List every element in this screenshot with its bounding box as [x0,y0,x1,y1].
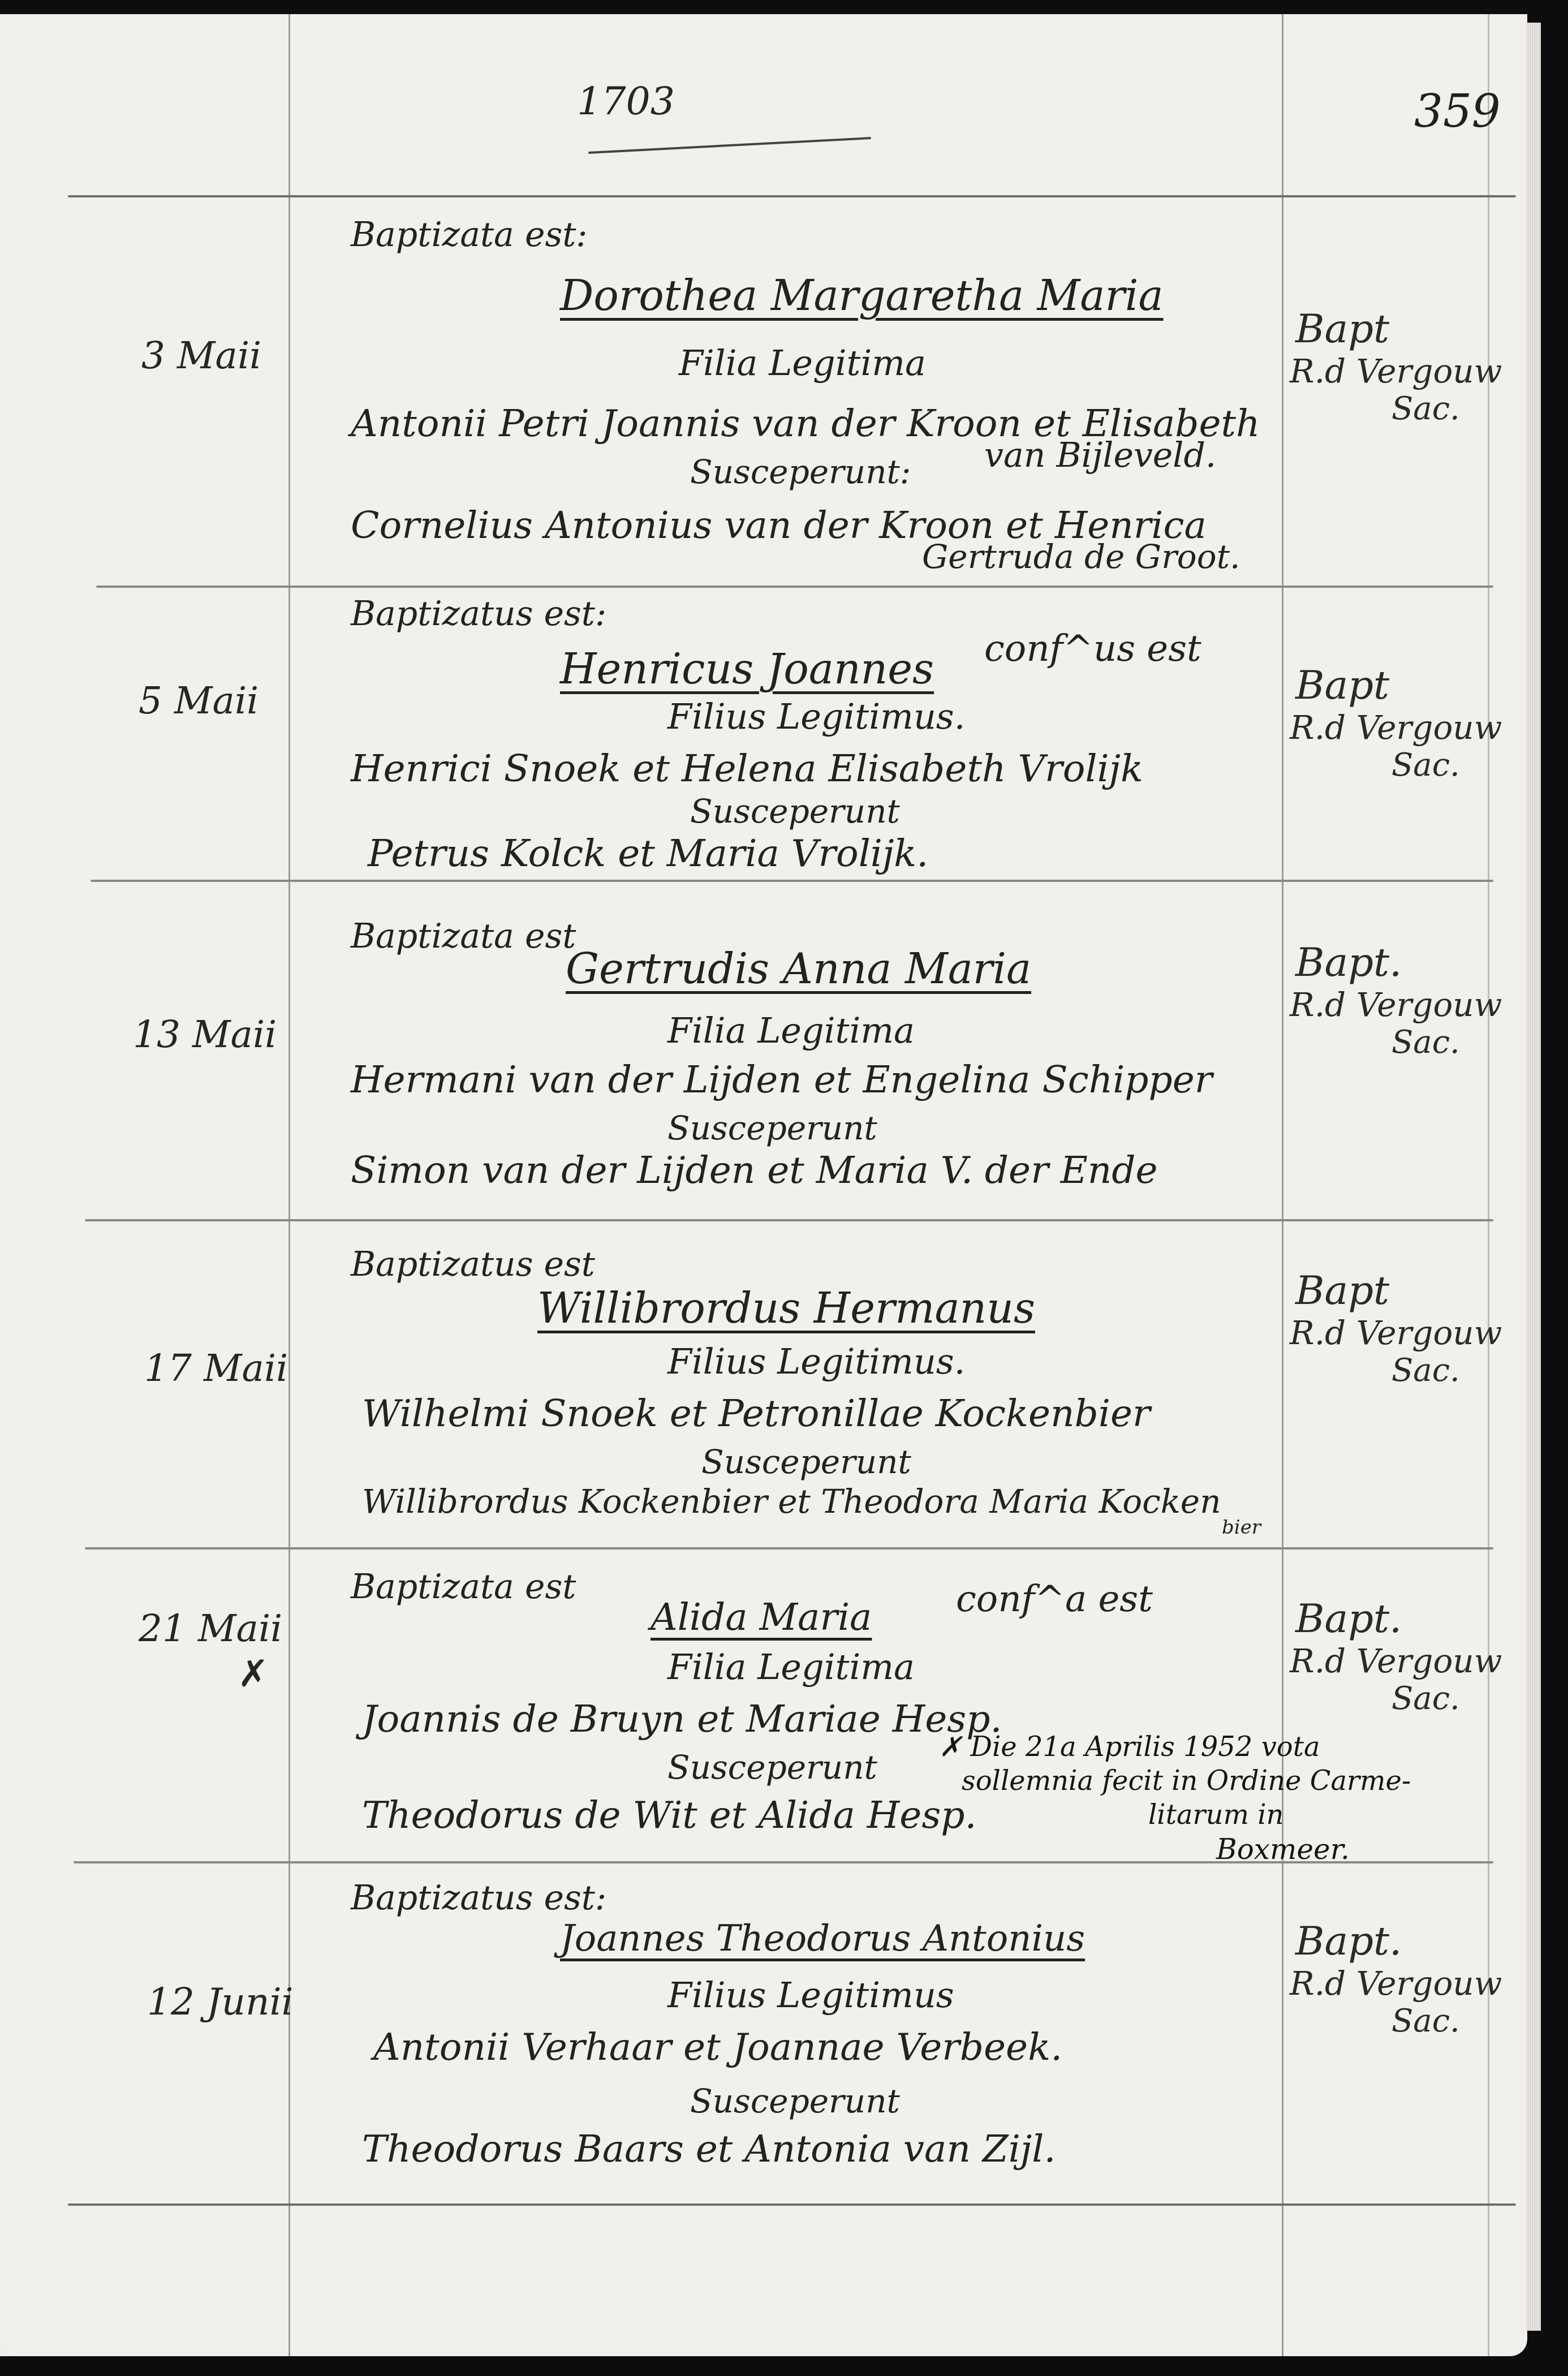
entry-date: 12 Junii [147,1980,294,2024]
officiant-title: Sac. [1392,747,1502,784]
entry-heading: Baptizata est: [351,215,588,255]
entry-date: 21 Maii [139,1607,282,1650]
officiant-name: R.d Vergouw [1290,352,1502,390]
officiant-title: Sac. [1392,390,1502,427]
officiant-bapt: Bapt. [1295,939,1502,985]
officiant: Bapt R.d Vergouw Sac. [1295,662,1502,784]
register-year: 1703 [577,79,675,124]
legitimacy: Filius Legitimus. [667,696,965,737]
parents-cont: van Bijleveld. [984,436,1216,475]
officiant-bapt: Bapt. [1295,1595,1502,1642]
parents: Joannis de Bruyn et Mariae Hesp. [362,1697,1002,1741]
officiant-bapt: Bapt [1295,1267,1502,1314]
entry-heading: Baptizatus est: [351,594,606,634]
row-divider [68,195,1516,197]
officiant-title: Sac. [1392,1352,1502,1389]
page-number: 359 [1414,85,1501,137]
susceperunt-label: Susceperunt [667,1748,877,1787]
confirmation-note: conf^a est [956,1578,1153,1620]
officiant: Bapt R.d Vergouw Sac. [1295,305,1502,427]
officiant-name: R.d Vergouw [1290,1642,1502,1680]
susceperunt-label: Susceperunt [690,2082,900,2120]
baptized-name: Joannes Theodorus Antonius [560,1918,1085,1960]
officiant-name: R.d Vergouw [1290,1314,1502,1352]
legitimacy: Filius Legitimus. [667,1341,965,1382]
cross-marker-icon: ✗ [238,1652,269,1695]
officiant: Bapt. R.d Vergouw Sac. [1295,1595,1502,1717]
susceperunt-label: Susceperunt [701,1443,911,1481]
susceperunt-label: Susceperunt [690,792,900,830]
officiant-title: Sac. [1392,1680,1502,1717]
baptized-name: Dorothea Margaretha Maria [560,272,1164,320]
godparents: Willibrordus Kockenbier et Theodora Mari… [362,1482,1221,1521]
legitimacy: Filius Legitimus [667,1974,954,2016]
row-divider [96,586,1493,588]
officiant-bapt: Bapt. [1295,1918,1502,1964]
godparents-cont: Gertruda de Groot. [922,537,1240,576]
parents: Hermani van der Lijden et Engelina Schip… [351,1058,1212,1101]
baptized-name: Gertrudis Anna Maria [566,945,1031,993]
entry-heading: Baptizata est [351,916,576,956]
officiant: Bapt R.d Vergouw Sac. [1295,1267,1502,1389]
legitimacy: Filia Legitima [667,1646,915,1688]
godparents: Petrus Kolck et Maria Vrolijk. [368,832,928,875]
officiant-bapt: Bapt [1295,662,1502,708]
baptized-name: Willibrordus Hermanus [537,1284,1035,1333]
column-rule-officiant [1282,14,1283,2356]
godparents: Simon van der Lijden et Maria V. der End… [351,1148,1158,1192]
parents: Antonii Verhaar et Joannae Verbeek. [373,2025,1062,2069]
officiant-bapt: Bapt [1295,305,1502,352]
parents: Wilhelmi Snoek et Petronillae Kockenbier [362,1392,1151,1435]
page-stack-edges [1526,23,1541,2331]
entry-heading: Baptizatus est [351,1245,595,1284]
entry-date: 13 Maii [133,1013,277,1056]
officiant-title: Sac. [1392,2003,1502,2039]
parents: Henrici Snoek et Helena Elisabeth Vrolij… [351,747,1143,790]
officiant-name: R.d Vergouw [1290,985,1502,1024]
baptized-name: Henricus Joannes [560,645,934,694]
godparents-cont: bier [1222,1516,1261,1539]
legitimacy: Filia Legitima [667,1010,915,1051]
later-annotation-line: litarum in [1148,1799,1284,1831]
entry-date: 3 Maii [141,334,261,377]
later-annotation-line: Boxmeer. [1216,1833,1350,1866]
officiant: Bapt. R.d Vergouw Sac. [1295,1918,1502,2039]
officiant-name: R.d Vergouw [1290,1964,1502,2003]
susceperunt-label: Susceperunt: [690,453,911,491]
entry-date: 17 Maii [144,1346,288,1390]
legitimacy: Filia Legitima [679,342,926,384]
confirmation-note: conf^us est [984,628,1201,670]
row-divider [85,1547,1493,1549]
entry-heading: Baptizatus est: [351,1878,606,1918]
officiant-title: Sac. [1392,1024,1502,1061]
baptized-name: Alida Maria [651,1595,872,1639]
later-annotation-line: ✗ Die 21a Aprilis 1952 vota [939,1731,1320,1763]
godparents: Theodorus Baars et Antonia van Zijl. [362,2127,1056,2171]
entry-date: 5 Maii [139,679,259,722]
row-divider [85,1219,1493,1221]
later-annotation-line: sollemnia fecit in Ordine Carme- [962,1765,1411,1797]
row-divider [68,2203,1516,2206]
officiant: Bapt. R.d Vergouw Sac. [1295,939,1502,1061]
entry-heading: Baptizata est [351,1567,576,1607]
row-divider [91,880,1493,882]
godparents: Theodorus de Wit et Alida Hesp. [362,1793,977,1837]
officiant-name: R.d Vergouw [1290,708,1502,747]
susceperunt-label: Susceperunt [667,1109,877,1147]
